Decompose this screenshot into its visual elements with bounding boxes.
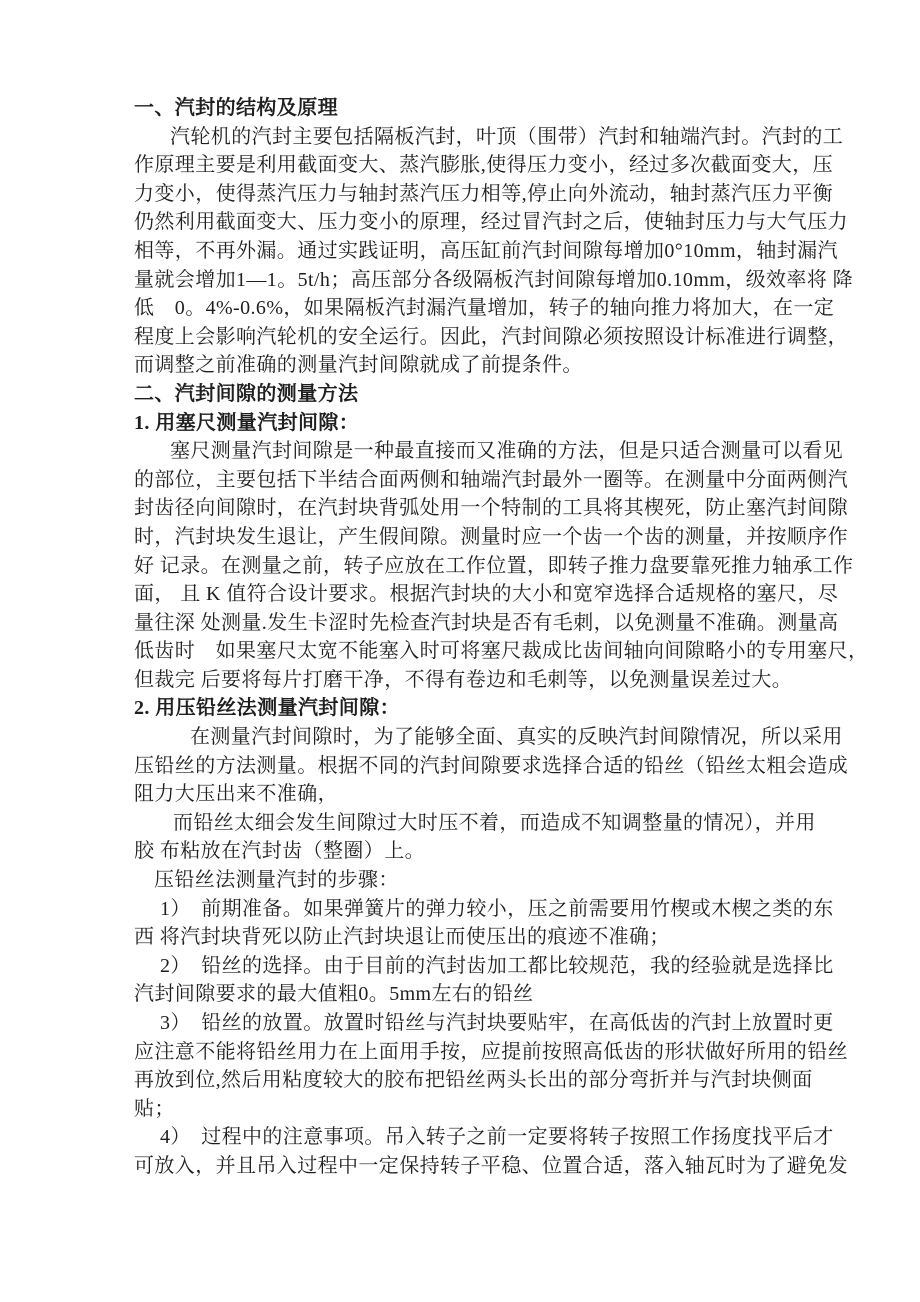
doc-line: 封齿径向间隙时，在汽封块背弧处用一个特制的工具将其楔死，防止塞汽封间隙 xyxy=(134,494,834,523)
subheading-lead-wire-method: 2. 用压铅丝法测量汽封间隙： xyxy=(134,694,834,723)
doc-line: 再放到位,然后用粘度较大的胶布把铅丝两头长出的部分弯折并与汽封块侧面 xyxy=(134,1066,834,1095)
doc-line: 仍然利用截面变大、压力变小的原理，经过冒汽封之后，使轴封压力与大气压力 xyxy=(134,208,834,237)
subheading-feeler-gauge-method: 1. 用塞尺测量汽封间隙： xyxy=(134,409,834,438)
doc-line: 而铅丝太细会发生间隙过大时压不着，而造成不知调整量的情况），并用 xyxy=(134,809,834,838)
doc-line: 作原理主要是利用截面变大、蒸汽膨胀,使得压力变小，经过多次截面变大，压 xyxy=(134,151,834,180)
doc-line: 可放入，并且吊入过程中一定保持转子平稳、位置合适，落入轴瓦时为了避免发 xyxy=(134,1152,834,1181)
doc-line: 面， 且 K 值符合设计要求。根据汽封块的大小和宽窄选择合适规格的塞尺，尽 xyxy=(134,580,834,609)
doc-line-steps-intro: 压铅丝法测量汽封的步骤： xyxy=(134,866,834,895)
doc-line-step-1: 1） 前期准备。如果弹簧片的弹力较小，压之前需要用竹楔或木楔之类的东 xyxy=(134,895,834,924)
doc-line: 胶 布粘放在汽封齿（整圈）上。 xyxy=(134,837,834,866)
doc-line: 低 0。4%-0.6%，如果隔板汽封漏汽量增加，转子的轴向推力将加大，在一定 xyxy=(134,294,834,323)
doc-line: 时，汽封块发生退让，产生假间隙。测量时应一个齿一个齿的测量，并按顺序作 xyxy=(134,523,834,552)
doc-line: 低齿时 如果塞尺太宽不能塞入时可将塞尺裁成比齿间轴向间隙略小的专用塞尺， xyxy=(134,637,834,666)
heading-1-seal-structure: 一、汽封的结构及原理 xyxy=(134,94,834,123)
doc-line: 而调整之前准确的测量汽封间隙就成了前提条件。 xyxy=(134,351,834,380)
doc-line: 量就会增加1—1。5t/h；高压部分各级隔板汽封间隙每增加0.10mm，级效率将… xyxy=(134,266,834,295)
heading-2-measurement-methods: 二、汽封间隙的测量方法 xyxy=(134,380,834,409)
doc-line: 相等，不再外漏。通过实践证明，高压缸前汽封间隙每增加0°10mm，轴封漏汽 xyxy=(134,237,834,266)
doc-line: 汽封间隙要求的最大值粗0。5mm左右的铅丝 xyxy=(134,980,834,1009)
doc-line-step-2: 2） 铅丝的选择。由于目前的汽封齿加工都比较规范，我的经验就是选择比 xyxy=(134,952,834,981)
doc-line: 应注意不能将铅丝用力在上面用手按，应提前按照高低齿的形状做好所用的铅丝 xyxy=(134,1038,834,1067)
doc-line: 贴； xyxy=(134,1095,834,1124)
doc-line-step-3: 3） 铅丝的放置。放置时铅丝与汽封块要贴牢，在高低齿的汽封上放置时更 xyxy=(134,1009,834,1038)
doc-line: 力变小，使得蒸汽压力与轴封蒸汽压力相等,停止向外流动，轴封蒸汽压力平衡 xyxy=(134,180,834,209)
document-page: 一、汽封的结构及原理 汽轮机的汽封主要包括隔板汽封，叶顶（围带）汽封和轴端汽封。… xyxy=(0,0,920,1302)
doc-line: 的部位，主要包括下半结合面两侧和轴端汽封最外一圈等。在测量中分面两侧汽 xyxy=(134,466,834,495)
doc-line: 但裁完 后要将每片打磨干净，不得有卷边和毛刺等，以免测量误差过大。 xyxy=(134,666,834,695)
doc-line: 量往深 处测量.发生卡涩时先检查汽封块是否有毛刺，以免测量不准确。测量高 xyxy=(134,609,834,638)
doc-line: 西 将汽封块背死以防止汽封块退让而使压出的痕迹不准确； xyxy=(134,923,834,952)
doc-line: 汽轮机的汽封主要包括隔板汽封，叶顶（围带）汽封和轴端汽封。汽封的工 xyxy=(134,123,834,152)
doc-line: 压铅丝的方法测量。根据不同的汽封间隙要求选择合适的铅丝（铅丝太粗会造成 xyxy=(134,752,834,781)
doc-line: 在测量汽封间隙时，为了能够全面、真实的反映汽封间隙情况，所以采用 xyxy=(134,723,834,752)
doc-line: 程度上会影响汽轮机的安全运行。因此，汽封间隙必须按照设计标准进行调整， xyxy=(134,323,834,352)
doc-line: 阻力大压出来不准确， xyxy=(134,780,834,809)
document-text-block: 一、汽封的结构及原理 汽轮机的汽封主要包括隔板汽封，叶顶（围带）汽封和轴端汽封。… xyxy=(134,94,834,1181)
doc-line: 好 记录。在测量之前，转子应放在工作位置，即转子推力盘要靠死推力轴承工作 xyxy=(134,552,834,581)
doc-line: 塞尺测量汽封间隙是一种最直接而又准确的方法，但是只适合测量可以看见 xyxy=(134,437,834,466)
doc-line-step-4: 4） 过程中的注意事项。吊入转子之前一定要将转子按照工作扬度找平后才 xyxy=(134,1123,834,1152)
